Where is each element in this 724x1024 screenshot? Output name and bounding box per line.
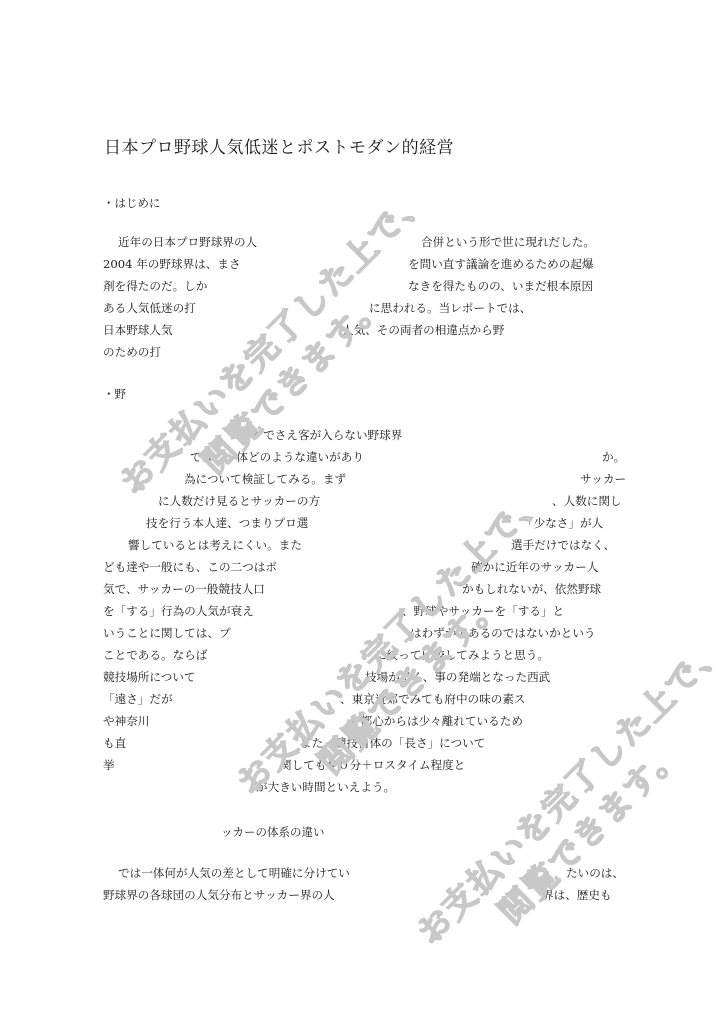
text-line: ことである。ならば [103, 644, 207, 666]
document-title: 日本プロ野球人気低迷とポストモダン的経営 [104, 133, 454, 158]
text-line: 技場が多く、事の発端となった西武 [365, 666, 550, 688]
text-line: 2004 年の野球界は、まさ [103, 253, 241, 275]
text-line: のための打 [103, 341, 161, 363]
text-line: 人気、その両者の相違点から野 [342, 319, 504, 341]
section-heading-introduction: ・はじめに [103, 195, 161, 211]
text-line: 、人数に関し [552, 490, 622, 512]
text-line: を「する」行為の人気が衰え [103, 600, 254, 622]
text-line: たいのは、 [566, 862, 624, 884]
text-line: を問い直す議論を進めるための起爆 [408, 253, 594, 275]
text-line: 「少なさ」が人 [522, 512, 603, 534]
text-line: ある人気低迷の打 [103, 297, 196, 319]
text-line: 為について検証してみる。まず [184, 468, 346, 490]
section-heading-comparison: ・野 [103, 386, 126, 402]
text-line: 関しても９０分＋ロスタイム程度と [280, 754, 465, 776]
text-line: り都心からは少々離れているため [349, 710, 523, 732]
text-line: 日本野球人気 [103, 319, 173, 341]
document-page: 日本プロ野球人気低迷とポストモダン的経営 ・はじめに 近年の日本プロ野球界の人 … [0, 0, 724, 1024]
text-line: ども達や一般にも、この二つはポ [103, 556, 277, 578]
text-line: サッカー [580, 468, 626, 490]
text-line: 確かに近年のサッカー人 [471, 556, 598, 578]
text-line: 近年の日本プロ野球界の人 [118, 231, 257, 253]
text-line: ーグでさえ客が入らない野球界 [240, 424, 402, 446]
text-line: 競技場所について [103, 666, 196, 688]
text-line: いうことに関しては、プ [103, 622, 231, 644]
text-line: に思われる。当レポートでは、 [369, 297, 531, 319]
text-line: では一体何が人気の差として明確に分けてい [118, 862, 350, 884]
text-line: か。 [602, 446, 625, 468]
text-line: 、東京近郊でみても府中の味の素ス [340, 688, 526, 710]
text-line: が大きい時間といえよう。 [256, 776, 395, 798]
text-line: 合併という形で世に現れだした。 [421, 231, 595, 253]
text-line: 響しているとは考えにくい。また [128, 534, 302, 556]
text-line: 界は、歴史も [542, 884, 612, 906]
text-line: 剤を得たのだ。しか [103, 275, 207, 297]
text-line: なきを得たものの、いまだ根本原因 [408, 275, 593, 297]
text-line: かもしれないが、依然野球 [462, 578, 601, 600]
text-line: 「遠さ」だが [103, 688, 173, 710]
text-line: に人数だけ見るとサッカーの方 [158, 490, 320, 512]
text-line: 、野球やサッカーを「する」と [402, 600, 564, 622]
text-line: また、競技自体の「長さ」について [300, 732, 485, 754]
text-line: に絞って比較してみようと思う。 [375, 644, 549, 666]
text-line: 気で、サッカーの一般競技人口 [103, 578, 265, 600]
text-line: も直 [103, 732, 126, 754]
text-line: や神奈川 [103, 710, 149, 732]
text-line: 挙 [103, 754, 115, 776]
text-line: 選手だけではなく、 [511, 534, 615, 556]
section-heading-system-difference: ッカーの体系の違い [221, 824, 325, 840]
text-line: 技を行う本人達、つまりプロ選 [146, 512, 308, 534]
text-line: はわずかであるのではないかという [410, 622, 596, 644]
text-line: 野球界の各球団の人気分布とサッカー界の人 [103, 884, 335, 906]
text-line: では、一体どのような違いがあり [190, 446, 364, 468]
